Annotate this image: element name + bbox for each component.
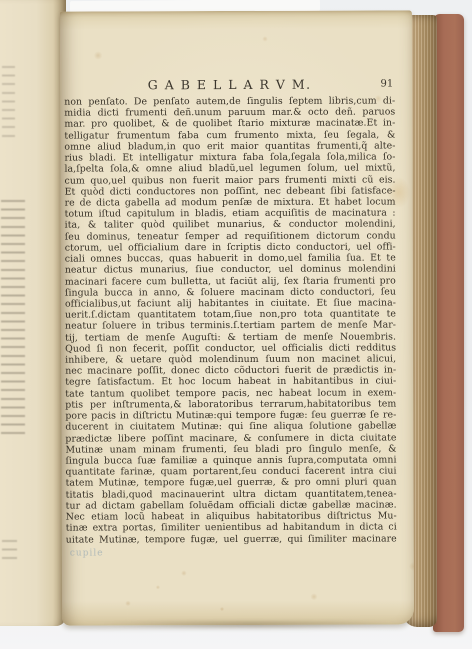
text-line: tatem Mutinæ, tempore fugæ,uel guerræ, &…	[66, 477, 397, 489]
page-bottom-shadow	[64, 621, 436, 631]
text-line: tij, tertiam de menſe Auguſti: & tertiam…	[65, 331, 396, 343]
book-photo: G A B E L L A R V M. 91 non penſato. De …	[0, 0, 472, 649]
page-number: 91	[380, 78, 393, 89]
text-line: ita, & taliter quòd quilibet munarius, &…	[65, 219, 396, 231]
body-text: non penſato. De penſato autem,de ſinguli…	[64, 95, 397, 545]
text-line: tegre ſatisfactum. Et hoc locum habeat i…	[65, 376, 396, 388]
book-page: G A B E L L A R V M. 91 non penſato. De …	[60, 10, 414, 625]
text-line: prædictæ libere poſſint macinare, & conſ…	[65, 432, 396, 444]
facing-page-text-fragment	[2, 540, 17, 560]
facing-page-text-fragment	[2, 66, 15, 138]
text-line: neatur dictus munarius, ſiue conductor, …	[65, 264, 396, 276]
text-line: mar. pro quolibet, & de quolibet ſtario …	[64, 118, 395, 130]
text-line: neatur ſoluere in tribus terminis.ſ.tert…	[65, 320, 396, 332]
running-title: G A B E L L A R V M.	[64, 76, 395, 92]
text-line: tinæ extra portas, ſimiliter uenientibus…	[66, 522, 397, 534]
faint-annotation: cupile	[70, 548, 104, 558]
text-line: cum quo,uel quibus non fuerit maior pars…	[65, 174, 396, 186]
text-line: ducerent in ciuitatem Mutinæ: qui ſine a…	[65, 421, 396, 433]
text-block: G A B E L L A R V M. 91 non penſato. De …	[64, 76, 397, 545]
text-line: ſeu dominus, teneatur ſemper ad requiſit…	[65, 230, 396, 242]
text-line: la,ſpelta ſola,& omne aliud bladũ,uel le…	[64, 163, 395, 175]
text-line: macinari facere cum bulletta, ut faciūt …	[65, 275, 396, 287]
facing-page-text-fragment	[1, 200, 25, 440]
running-header: G A B E L L A R V M. 91	[64, 76, 395, 95]
facing-page-edge	[0, 0, 66, 626]
text-line: uitate Mutinæ, tempore fugæ, uel guerræ,…	[66, 533, 397, 545]
book-cover	[433, 14, 464, 632]
